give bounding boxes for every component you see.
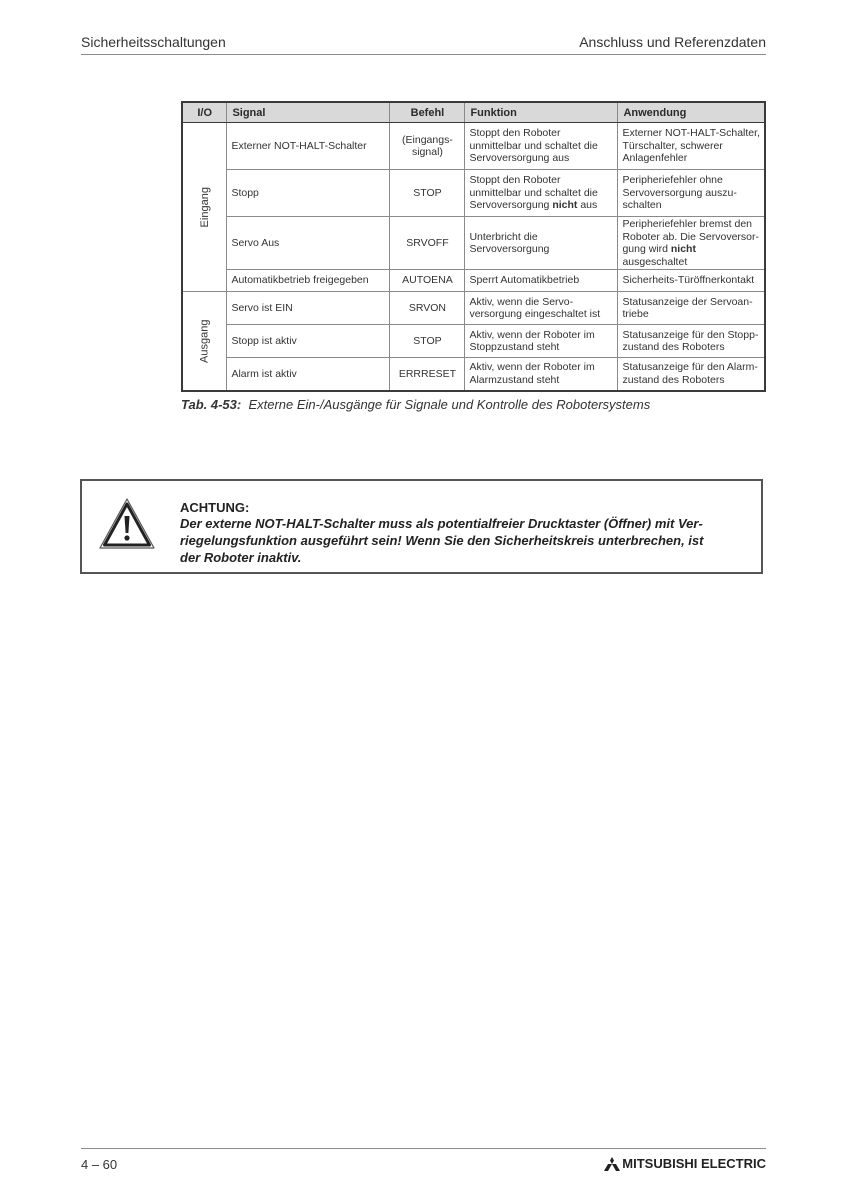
funktion-cell: Aktiv, wenn die Servo-versorgung eingesc… [465, 292, 618, 325]
befehl-cell: SRVON [390, 292, 465, 325]
caption-text: Externe Ein-/Ausgänge für Signale und Ko… [248, 397, 650, 412]
column-header-signal: Signal [227, 102, 390, 123]
signal-cell: Externer NOT-HALT-Schalter [227, 123, 390, 170]
befehl-cell: STOP [390, 170, 465, 217]
funktion-cell: Aktiv, wenn der Roboter imStoppzustand s… [465, 325, 618, 358]
table-row: Servo AusSRVOFFUnterbricht dieServoverso… [182, 217, 765, 270]
anwendung-cell: Peripheriefehler bremst denRoboter ab. D… [618, 217, 765, 270]
mitsubishi-three-diamonds-icon [604, 1157, 620, 1171]
signal-cell: Servo ist EIN [227, 292, 390, 325]
warning-box: ACHTUNG: Der externe NOT-HALT-Schalter m… [80, 479, 763, 574]
funktion-cell: Unterbricht dieServoversorgung [465, 217, 618, 270]
signal-cell: Automatikbetrieb freigegeben [227, 270, 390, 292]
page-footer: 4 – 60 MITSUBISHI ELECTRIC [81, 1148, 766, 1177]
table-row: Automatikbetrieb freigegebenAUTOENASperr… [182, 270, 765, 292]
signal-cell: Alarm ist aktiv [227, 358, 390, 391]
warning-line: Der externe NOT-HALT-Schalter muss als p… [180, 515, 760, 532]
anwendung-cell: Peripheriefehler ohneServoversorgung aus… [618, 170, 765, 217]
io-group-text: Eingang [198, 187, 211, 227]
io-group-label: Eingang [182, 123, 227, 292]
page-header: Sicherheitsschaltungen Anschluss und Ref… [81, 30, 766, 55]
brand-name: MITSUBISHI ELECTRIC [622, 1156, 766, 1171]
befehl-cell: ERRRESET [390, 358, 465, 391]
io-signal-table: I/O Signal Befehl Funktion Anwendung Ein… [181, 101, 766, 392]
warning-line: riegelungsfunktion ausgeführt sein! Wenn… [180, 532, 760, 549]
anwendung-cell: Externer NOT-HALT-Schalter,Türschalter, … [618, 123, 765, 170]
funktion-cell: Aktiv, wenn der Roboter imAlarmzustand s… [465, 358, 618, 391]
anwendung-cell: Sicherheits-Türöffnerkontakt [618, 270, 765, 292]
anwendung-cell: Statusanzeige der Servoan-triebe [618, 292, 765, 325]
table-row: Stopp ist aktivSTOPAktiv, wenn der Robot… [182, 325, 765, 358]
table-row: EingangExterner NOT-HALT-Schalter(Eingan… [182, 123, 765, 170]
signal-cell: Stopp ist aktiv [227, 325, 390, 358]
befehl-cell: AUTOENA [390, 270, 465, 292]
table-row: Alarm ist aktivERRRESETAktiv, wenn der R… [182, 358, 765, 391]
table-caption: Tab. 4-53: Externe Ein-/Ausgänge für Sig… [181, 397, 650, 412]
column-header-befehl: Befehl [390, 102, 465, 123]
table-row: StoppSTOPStoppt den Roboterunmittelbar u… [182, 170, 765, 217]
funktion-cell: Stoppt den Roboterunmittelbar und schalt… [465, 123, 618, 170]
page-number: 4 – 60 [81, 1157, 117, 1172]
brand-logo: MITSUBISHI ELECTRIC [604, 1156, 766, 1171]
table-header-row: I/O Signal Befehl Funktion Anwendung [182, 102, 765, 123]
warning-triangle-icon [98, 497, 156, 551]
befehl-cell: STOP [390, 325, 465, 358]
warning-text: Der externe NOT-HALT-Schalter muss als p… [180, 515, 760, 566]
chapter-title: Anschluss und Referenzdaten [579, 34, 766, 50]
section-title: Sicherheitsschaltungen [81, 34, 226, 50]
column-header-io: I/O [182, 102, 227, 123]
io-group-label: Ausgang [182, 292, 227, 391]
warning-title: ACHTUNG: [180, 500, 249, 515]
befehl-cell: SRVOFF [390, 217, 465, 270]
befehl-cell: (Eingangs-signal) [390, 123, 465, 170]
column-header-anwendung: Anwendung [618, 102, 765, 123]
anwendung-cell: Statusanzeige für den Stopp-zustand des … [618, 325, 765, 358]
warning-line: der Roboter inaktiv. [180, 549, 760, 566]
column-header-funktion: Funktion [465, 102, 618, 123]
funktion-cell: Stoppt den Roboterunmittelbar und schalt… [465, 170, 618, 217]
table-row: AusgangServo ist EINSRVONAktiv, wenn die… [182, 292, 765, 325]
signal-cell: Stopp [227, 170, 390, 217]
funktion-cell: Sperrt Automatikbetrieb [465, 270, 618, 292]
signal-cell: Servo Aus [227, 217, 390, 270]
io-group-text: Ausgang [198, 319, 211, 362]
caption-label: Tab. 4-53: [181, 397, 241, 412]
anwendung-cell: Statusanzeige für den Alarm-zustand des … [618, 358, 765, 391]
